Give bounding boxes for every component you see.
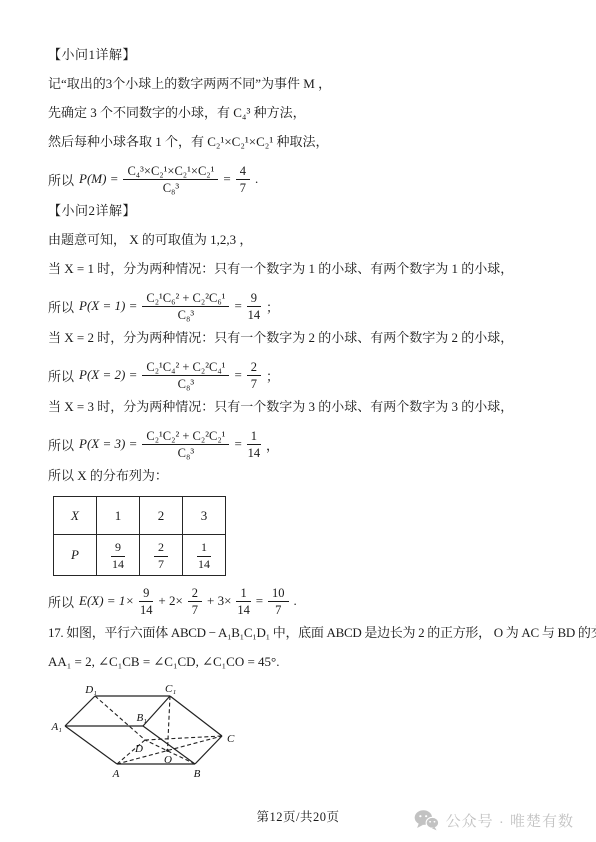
paragraph: 由题意可知， X 的可取值为 1,2,3 ， (48, 231, 566, 249)
fraction: 2 7 (154, 541, 168, 571)
section-1-title: 【小问1详解】 (48, 46, 566, 64)
paragraph: 当 X = 3 时，分为两种情况：只有一个数字为 3 的小球、有两个数字为 3 … (48, 398, 566, 416)
solid-edges (65, 696, 222, 764)
paragraph: 当 X = 1 时，分为两种情况：只有一个数字为 1 的小球、有两个数字为 1 … (48, 260, 566, 278)
table-cell: 1 14 (183, 535, 226, 576)
fraction-numerator: 9 (247, 291, 261, 307)
table-row: P 9 14 2 7 (54, 535, 226, 576)
fraction: 1 14 (236, 586, 250, 617)
fraction-numerator: C₂¹C₆² + C₂²C₆¹ (142, 291, 229, 307)
formula-expected-value: 所以 E(X) = 1× 9 14 + 2× 2 7 + 3× 1 14 = 1… (48, 584, 566, 618)
distribution-table: X 1 2 3 P 9 14 2 (53, 496, 226, 576)
point-o-dot (166, 749, 169, 752)
formula-p-x-equals-2: 所以 P(X = 2) = C₂¹C₄² + C₂²C₄¹ C₈³ = 2 7 … (48, 358, 566, 392)
fraction: 1 14 (197, 541, 211, 571)
vertex-label-b: B (194, 768, 201, 780)
fraction-numerator: C₄³×C₂¹×C₂¹×C₂¹ (123, 164, 218, 180)
paragraph: 所以 X 的分布列为： (48, 467, 566, 485)
fraction: C₂¹C₂² + C₂²C₂¹ C₈³ (142, 429, 229, 460)
formula-tail: ； (266, 297, 279, 316)
vertex-label-d1: D₁ (84, 684, 97, 696)
paragraph: 当 X = 2 时，分为两种情况：只有一个数字为 2 的小球、有两个数字为 2 … (48, 329, 566, 347)
fraction-denominator: 14 (112, 557, 124, 571)
table-cell: 1 (97, 497, 140, 535)
fraction: 9 14 (139, 586, 153, 617)
formula-lhs: P(M) = (79, 171, 118, 187)
vertex-label-a1: A₁ (50, 721, 62, 733)
fraction-denominator: C₈³ (178, 307, 194, 322)
vertex-label-a: A (112, 768, 120, 780)
fraction: 2 7 (188, 586, 202, 617)
equals-sign: = (234, 298, 241, 314)
fraction: 1 14 (247, 429, 261, 460)
fraction: 10 7 (268, 586, 289, 617)
equals-sign: = (223, 171, 230, 187)
formula-lead: 所以 (48, 592, 74, 611)
fraction-denominator: 14 (248, 307, 261, 322)
figure-container: A₁ D₁ B₁ C₁ A B C D O (50, 682, 566, 803)
fraction-numerator: C₂¹C₂² + C₂²C₂¹ (142, 429, 229, 445)
table-cell: 2 (140, 497, 183, 535)
paragraph: 记“取出的3个小球上的数字两两不同”为事件 M ， (48, 75, 566, 93)
formula-tail: ； (266, 366, 279, 385)
formula-lead: 所以 (48, 366, 74, 385)
fraction-numerator: 1 (236, 586, 250, 602)
formula-lead: 所以 (48, 435, 74, 454)
formula-part: E(X) = 1× (79, 593, 134, 609)
table-cell: 2 7 (140, 535, 183, 576)
fraction-numerator: 9 (139, 586, 153, 602)
fraction-denominator: 14 (237, 602, 250, 617)
fraction-denominator: C₈³ (178, 445, 194, 460)
formula-p-of-m: 所以 P(M) = C₄³×C₂¹×C₂¹×C₂¹ C₈³ = 4 7 . (48, 162, 566, 196)
paragraph: 先确定 3 个不同数字的小球，有 C₄³ 种方法， (48, 104, 566, 122)
section-2-title: 【小问2详解】 (48, 202, 566, 220)
formula-lhs: P(X = 3) = (79, 436, 137, 452)
fraction: C₄³×C₂¹×C₂¹×C₂¹ C₈³ (123, 164, 218, 195)
fraction-denominator: 7 (251, 376, 257, 391)
fraction-denominator: 7 (192, 602, 198, 617)
fraction-denominator: 14 (140, 602, 153, 617)
fraction-denominator: 14 (198, 557, 210, 571)
fraction: 2 7 (247, 360, 261, 391)
page-content: 【小问1详解】 记“取出的3个小球上的数字两两不同”为事件 M ， 先确定 3 … (48, 46, 566, 803)
wechat-icon (414, 809, 439, 831)
fraction-denominator: 7 (240, 180, 246, 195)
dashed-edges (95, 696, 222, 764)
footer-brand: 公众号 · 唯楚有数 (414, 809, 574, 831)
paragraph: 然后每种小球各取 1 个，有 C₂¹×C₂¹×C₂¹ 种取法， (48, 133, 566, 151)
fraction-denominator: C₈³ (178, 376, 194, 391)
fraction-numerator: 2 (247, 360, 261, 376)
fraction-numerator: 4 (236, 164, 250, 180)
table-row: X 1 2 3 (54, 497, 226, 535)
fraction-denominator: 7 (158, 557, 164, 571)
fraction-denominator: 14 (248, 445, 261, 460)
fraction-denominator: C₈³ (163, 180, 179, 195)
formula-p-x-equals-1: 所以 P(X = 1) = C₂¹C₆² + C₂²C₆¹ C₈³ = 9 14… (48, 289, 566, 323)
vertex-label-b1: B₁ (136, 712, 147, 724)
equals-sign: = (234, 436, 241, 452)
formula-lhs: P(X = 1) = (79, 298, 137, 314)
footer-brand-text: 公众号 · 唯楚有数 (446, 810, 574, 831)
formula-lead: 所以 (48, 297, 74, 316)
fraction: 9 14 (247, 291, 261, 322)
vertex-label-o: O (164, 754, 172, 766)
formula-tail: . (294, 593, 297, 609)
fraction-denominator: 7 (275, 602, 281, 617)
table-cell: 9 14 (97, 535, 140, 576)
vertex-label-c: C (227, 733, 235, 745)
question-17-text: 17. 如图，平行六面体 ABCD − A₁B₁C₁D₁ 中，底面 ABCD 是… (48, 624, 566, 642)
fraction: 9 14 (111, 541, 125, 571)
formula-tail: ， (266, 435, 279, 454)
equals-sign: = (256, 593, 263, 609)
formula-part: + 3× (207, 593, 231, 609)
fraction-numerator: 9 (111, 541, 125, 556)
fraction: C₂¹C₄² + C₂²C₄¹ C₈³ (142, 360, 229, 391)
formula-lead: 所以 (48, 170, 74, 189)
parallelepiped-figure: A₁ D₁ B₁ C₁ A B C D O (50, 682, 292, 798)
vertex-label-d: D (134, 743, 143, 755)
table-cell-p-label: P (54, 535, 97, 576)
question-17-conditions: AA₁ = 2, ∠C₁CB = ∠C₁CD, ∠C₁CO = 45°. (48, 653, 566, 671)
page-number: 第12页/共20页 (257, 807, 340, 825)
fraction: 4 7 (236, 164, 250, 195)
fraction: C₂¹C₆² + C₂²C₆¹ C₈³ (142, 291, 229, 322)
fraction-numerator: 1 (247, 429, 261, 445)
fraction-numerator: C₂¹C₄² + C₂²C₄¹ (142, 360, 229, 376)
formula-part: + 2× (158, 593, 182, 609)
fraction-numerator: 2 (154, 541, 168, 556)
fraction-numerator: 1 (197, 541, 211, 556)
formula-lhs: P(X = 2) = (79, 367, 137, 383)
table-cell-x-label: X (54, 497, 97, 535)
formula-tail: . (255, 171, 258, 187)
equals-sign: = (234, 367, 241, 383)
fraction-numerator: 10 (268, 586, 289, 602)
table-cell: 3 (183, 497, 226, 535)
formula-p-x-equals-3: 所以 P(X = 3) = C₂¹C₂² + C₂²C₂¹ C₈³ = 1 14… (48, 427, 566, 461)
vertex-label-c1: C₁ (165, 683, 176, 695)
fraction-numerator: 2 (188, 586, 202, 602)
document-page: 【小问1详解】 记“取出的3个小球上的数字两两不同”为事件 M ， 先确定 3 … (0, 0, 596, 842)
